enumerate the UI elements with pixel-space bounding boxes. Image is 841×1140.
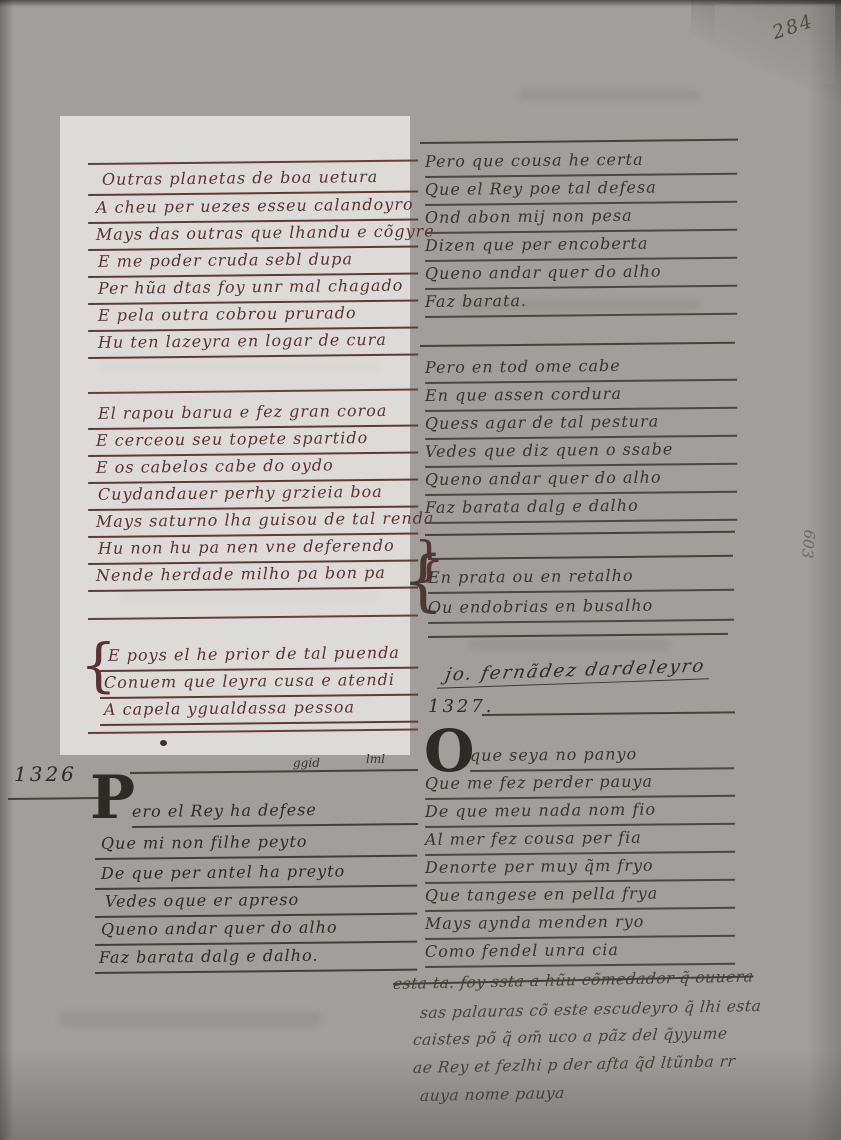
verse-line: ero el Rey ha defese (132, 797, 418, 828)
side-margin-number: 603 (798, 529, 818, 559)
ruled-line (428, 555, 733, 560)
verse-line: Pero que cousa he certa (425, 147, 737, 178)
verse-line: Como fendel unra cia (425, 937, 735, 968)
verse-line: Al mer fez cousa per fia (425, 825, 735, 856)
verse-line: Pero en tod ome cabe (425, 353, 737, 384)
verse-line: Vedes oque er apreso (95, 887, 417, 918)
verse-line: Dizen que per encoberta (425, 231, 737, 262)
marginal-note-line: caistes põ q̃ om̃ uco a pãz del q̃yyume (412, 1024, 728, 1049)
verse-line: Outras planetas de boa uetura (88, 165, 418, 196)
marginal-note-line: esta ta. foy ssta a hũu cõmedador q̃ ouu… (392, 967, 754, 993)
punctus-mark (160, 740, 167, 746)
margin-year-underline (8, 797, 100, 800)
verse-line: Queno andar quer do alho (425, 259, 737, 290)
ruled-line (420, 139, 738, 144)
bleed-through-mark (60, 1012, 320, 1026)
verse-line: Ou endobrias en busalho (428, 593, 734, 624)
verse-line: Nende herdade milho pa bon pa (88, 561, 418, 592)
verse-line: Ond abon mij non pesa (425, 203, 737, 234)
bleed-through-mark (470, 640, 670, 649)
verse-line: Denorte per muy q̃m fryo (425, 853, 735, 884)
manuscript-page: 284 603 Outras planetas de boa uetura A … (0, 0, 841, 1140)
verse-line: En prata ou en retalho (428, 563, 734, 594)
verse-line: En que assen cordura (425, 381, 737, 412)
initial-letter-P: P (90, 768, 135, 828)
verse-line: Que mi non filhe peyto (95, 829, 417, 860)
verse-line: Que me fez perder pauya (425, 769, 735, 800)
ruled-line (482, 711, 735, 716)
verse-line: Faz barata. (425, 287, 737, 318)
verse-line: Hu ten lazeyra en logar de cura (88, 328, 418, 359)
verse-line: Queno andar quer do alho (425, 465, 737, 496)
bleed-through-mark (520, 90, 700, 100)
interlinear-annotation: lml (366, 752, 385, 766)
margin-year-1326: 1326 (14, 762, 77, 786)
verse-line: Vedes que diz quen o ssabe (425, 437, 737, 468)
verse-line: Faz barata dalg e dalho. (95, 943, 417, 974)
verse-line: Que tangese en pella frya (425, 881, 735, 912)
verse-line: Mays aynda menden ryo (425, 909, 735, 940)
verse-line: De que per antel ha preyto (95, 859, 417, 890)
marginal-note-line: auya nome pauya (419, 1084, 565, 1105)
marginal-note-line: sas palauras cõ este escudeyro q̃ lhi es… (419, 997, 762, 1022)
verse-line: que seya no panyo (470, 741, 734, 772)
verse-line: Quess agar de tal pestura (425, 409, 737, 440)
scan-right-edge (807, 0, 841, 1140)
verse-line: Faz barata dalg e dalho (425, 493, 737, 524)
verse-line: Que el Rey poe tal defesa (425, 175, 737, 206)
ruled-line (425, 531, 735, 536)
ruled-line (420, 342, 735, 347)
verse-line: A capela ygualdassa pessoa (100, 695, 418, 726)
verse-line: De que meu nada nom fio (425, 797, 735, 828)
ruled-line (130, 769, 418, 774)
ruled-line (428, 633, 728, 638)
scan-left-edge (0, 0, 14, 1140)
verse-line: Queno andar quer do alho (95, 915, 417, 946)
scribe-signature: jo. fernãdez dardeleyro (437, 655, 713, 688)
interlinear-annotation: ggid (293, 756, 320, 770)
scan-top-edge (0, 0, 841, 7)
